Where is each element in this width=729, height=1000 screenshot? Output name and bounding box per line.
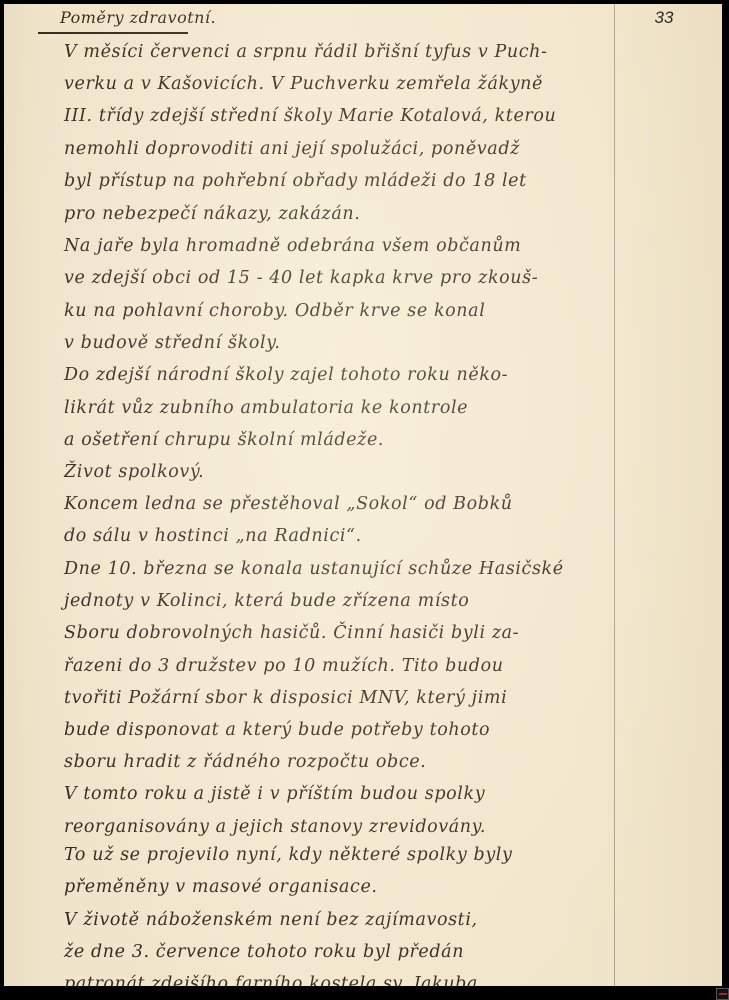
text-line: přeměněny v masové organisace. — [64, 877, 609, 897]
section-heading: Poměry zdravotní. — [60, 8, 216, 27]
text-line: byl přístup na pohřební obřady mládeži d… — [64, 171, 609, 191]
text-line: řazeni do 3 družstev po 10 mužích. Tito … — [64, 656, 609, 676]
text-line: sboru hradit z řádného rozpočtu obce. — [64, 752, 609, 772]
text-line: Na jaře byla hromadně odebrána všem obča… — [64, 236, 609, 256]
text-line: To už se projevilo nyní, kdy některé spo… — [64, 845, 609, 865]
text-line: v budově střední školy. — [64, 333, 609, 353]
text-line: do sálu v hostinci „na Radnici“. — [64, 526, 609, 546]
text-line: III. třídy zdejší střední školy Marie Ko… — [64, 106, 609, 126]
text-line: reorganisovány a jejich stanovy zrevidov… — [64, 817, 609, 837]
text-line: jednoty v Kolinci, která bude zřízena mí… — [64, 591, 609, 611]
text-line: V tomto roku a jistě i v příštím budou s… — [64, 784, 609, 804]
text-line: pro nebezpečí nákazy, zakázán. — [64, 204, 609, 224]
text-line: Koncem ledna se přestěhoval „Sokol“ od B… — [64, 494, 609, 514]
text-line: a ošetření chrupu školní mládeže. — [64, 430, 609, 450]
manuscript-page: 33 Poměry zdravotní. V měsíci červenci a… — [4, 4, 722, 986]
text-line: Život spolkový. — [64, 462, 609, 482]
text-line: likrát vůz zubního ambulatoria ke kontro… — [64, 398, 609, 418]
text-line: Sboru dobrovolných hasičů. Činní hasiči … — [64, 623, 609, 643]
text-line: patronát zdejšího farního kostela sv. Ja… — [64, 974, 609, 986]
page-number: 33 — [644, 8, 684, 28]
text-line: že dne 3. července tohoto roku byl předá… — [64, 942, 609, 962]
text-line: Do zdejší národní školy zajel tohoto rok… — [64, 365, 609, 385]
text-line: verku a v Kašovicích. V Puchverku zemřel… — [64, 74, 609, 94]
text-line: tvořiti Požární sbor k disposici MNV, kt… — [64, 688, 609, 708]
text-line: ve zdejší obci od 15 - 40 let kapka krve… — [64, 268, 609, 288]
text-line: nemohli doprovoditi ani její spolužáci, … — [64, 139, 609, 159]
text-line: V životě náboženském není bez zajímavost… — [64, 910, 609, 930]
text-line: bude disponovat a který bude potřeby toh… — [64, 720, 609, 740]
text-line: V měsíci červenci a srpnu řádil břišní t… — [64, 42, 609, 62]
text-line: ku na pohlavní choroby. Odběr krve se ko… — [64, 301, 609, 321]
text-line: Dne 10. března se konala ustanující schů… — [64, 559, 609, 579]
heading-underline — [38, 32, 188, 34]
window-resize-handle-icon[interactable] — [716, 988, 729, 1000]
margin-rule — [614, 4, 615, 986]
